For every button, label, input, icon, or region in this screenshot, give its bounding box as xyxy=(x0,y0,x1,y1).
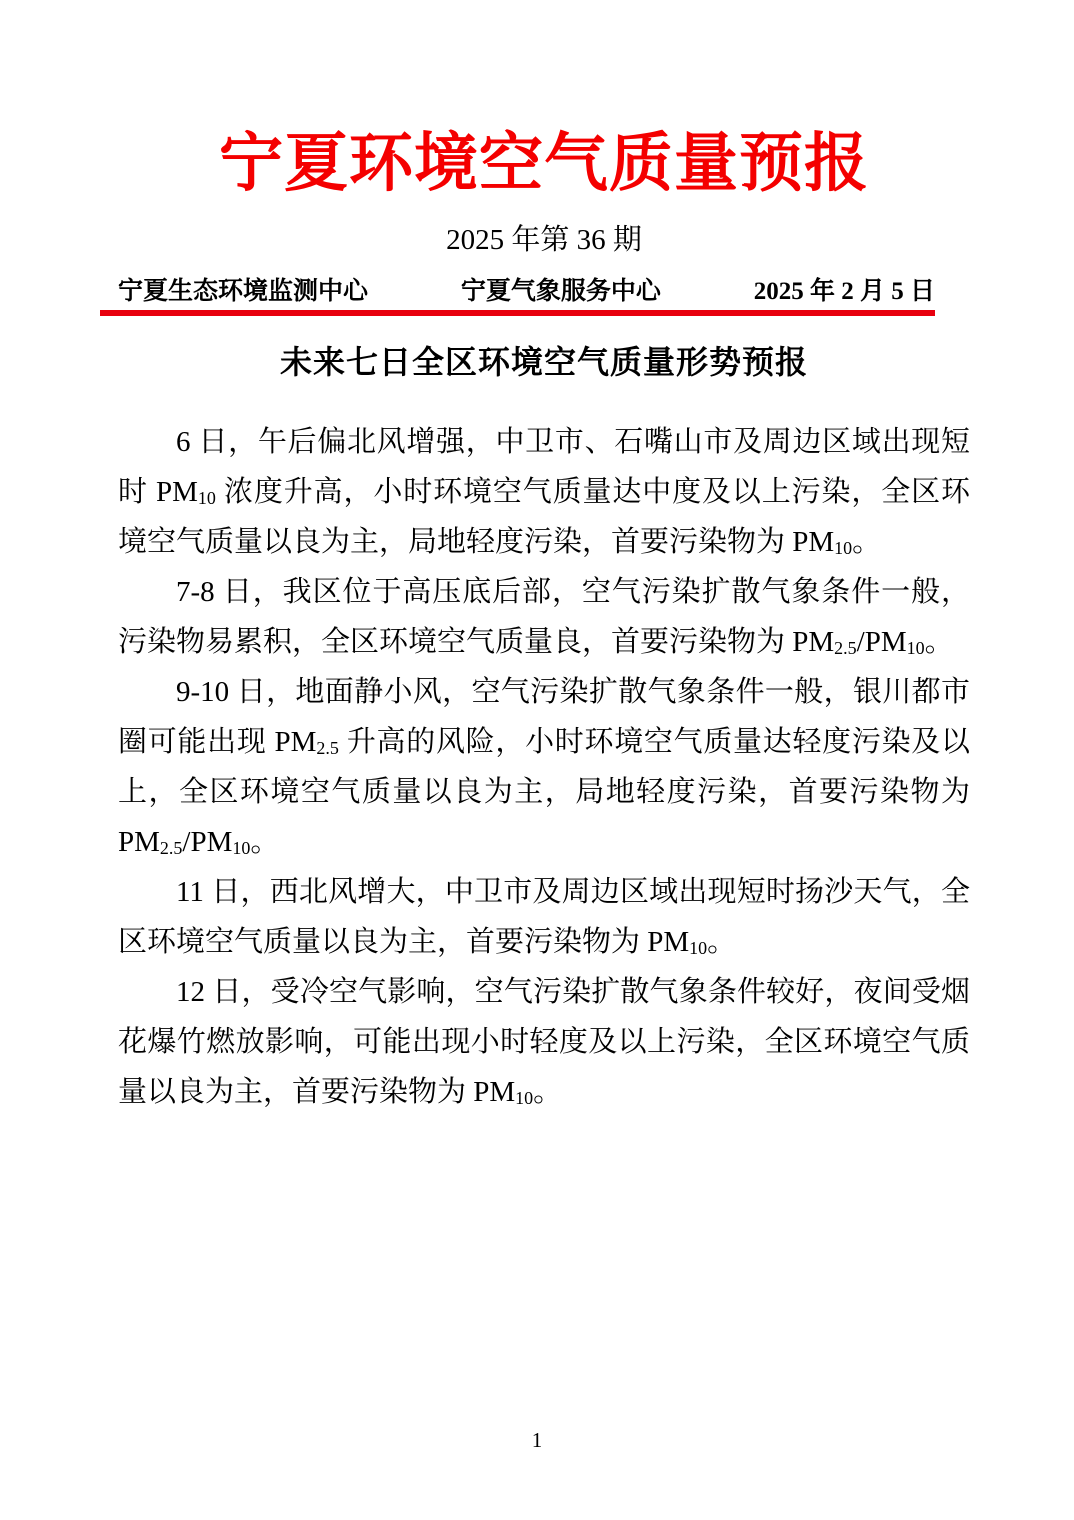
body-paragraph: 7-8 日，我区位于高压底后部，空气污染扩散气象条件一般，污染物易累积，全区环境… xyxy=(118,567,970,667)
pollutant-subscript: 10 xyxy=(689,938,707,958)
section-heading: 未来七日全区环境空气质量形势预报 xyxy=(118,342,970,382)
issue-date: 2025 年 2 月 5 日 xyxy=(754,278,935,306)
pollutant-subscript: 2.5 xyxy=(316,738,338,758)
red-rule-divider xyxy=(100,310,935,316)
issue-number: 2025 年第 36 期 xyxy=(118,224,970,256)
body-paragraph: 11 日，西北风增大，中卫市及周边区域出现短时扬沙天气，全区环境空气质量以良为主… xyxy=(118,867,970,967)
body-paragraph: 9-10 日，地面静小风，空气污染扩散气象条件一般，银川都市圈可能出现 PM2.… xyxy=(118,667,970,867)
forecast-body: 6 日，午后偏北风增强，中卫市、石嘴山市及周边区域出现短时 PM10 浓度升高，… xyxy=(118,417,970,1117)
paragraph-text: 11 日，西北风增大，中卫市及周边区域出现短时扬沙天气，全区环境空气质量以良为主… xyxy=(118,876,970,958)
document-page: 宁夏环境空气质量预报 2025 年第 36 期 宁夏生态环境监测中心 宁夏气象服… xyxy=(0,0,1074,1520)
body-paragraph: 6 日，午后偏北风增强，中卫市、石嘴山市及周边区域出现短时 PM10 浓度升高，… xyxy=(118,417,970,567)
issuer-left: 宁夏生态环境监测中心 xyxy=(118,278,368,306)
pollutant-subscript: 10 xyxy=(515,1088,533,1108)
page-title: 宁夏环境空气质量预报 xyxy=(118,130,970,198)
pollutant-subscript: 10 xyxy=(834,538,852,558)
paragraph-text: 。 xyxy=(533,1076,562,1108)
paragraph-text: /PM xyxy=(182,826,232,858)
pollutant-subscript: 10 xyxy=(198,488,216,508)
body-paragraph: 12 日，受冷空气影响，空气污染扩散气象条件较好，夜间受烟花爆竹燃放影响，可能出… xyxy=(118,967,970,1117)
pollutant-subscript: 10 xyxy=(907,638,925,658)
pollutant-subscript: 2.5 xyxy=(834,638,856,658)
issuer-center: 宁夏气象服务中心 xyxy=(461,278,661,306)
paragraph-text: 。 xyxy=(852,526,881,558)
paragraph-text: 。 xyxy=(925,626,954,658)
pollutant-subscript: 10 xyxy=(232,838,250,858)
paragraph-text: 。 xyxy=(250,826,279,858)
pollutant-subscript: 2.5 xyxy=(160,838,182,858)
issuer-row: 宁夏生态环境监测中心 宁夏气象服务中心 2025 年 2 月 5 日 xyxy=(118,278,935,306)
paragraph-text: 。 xyxy=(707,926,736,958)
paragraph-text: /PM xyxy=(857,626,907,658)
page-number: 1 xyxy=(0,1428,1074,1452)
